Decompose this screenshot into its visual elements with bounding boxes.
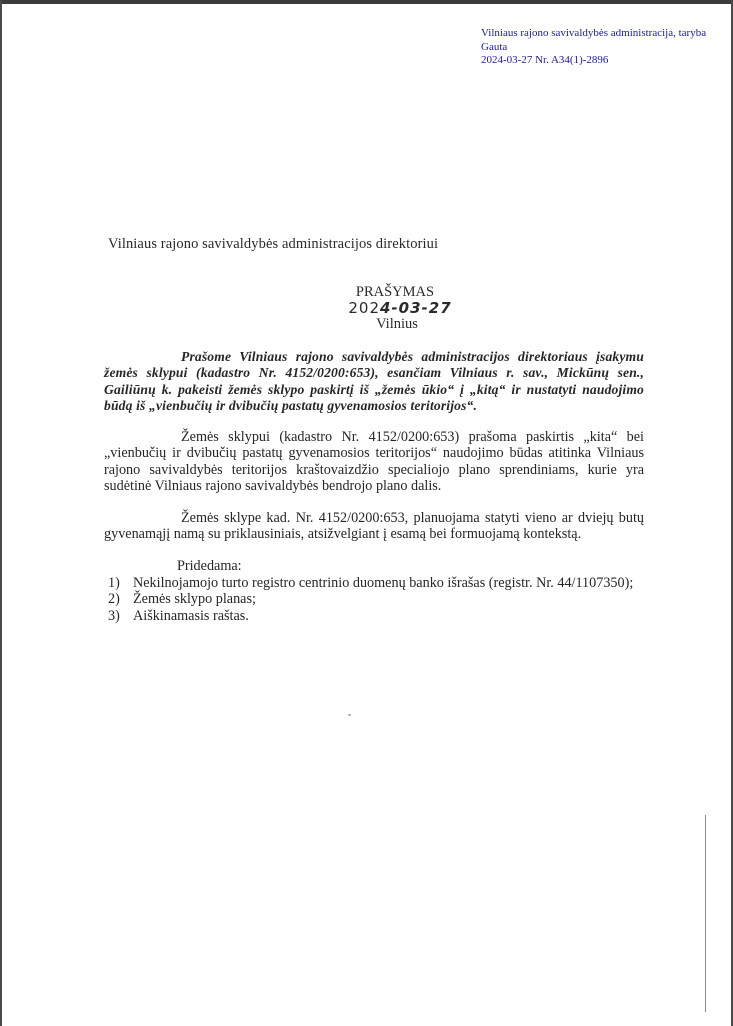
attachments-label: Pridedama: bbox=[104, 558, 633, 575]
stamp-organization: Vilniaus rajono savivaldybės administrac… bbox=[481, 27, 706, 41]
registration-stamp: Vilniaus rajono savivaldybės administrac… bbox=[481, 27, 706, 68]
attachment-text: Aiškinamasis raštas. bbox=[133, 608, 249, 625]
justification-paragraph: Žemės sklypui (kadastro Nr. 4152/0200:65… bbox=[104, 429, 644, 494]
request-paragraph: Prašome Vilniaus rajono savivaldybės adm… bbox=[104, 349, 644, 414]
attachment-number: 1) bbox=[104, 575, 133, 592]
document-title-block: PRAŠYMAS 2024-03-27 Vilnius bbox=[300, 284, 490, 332]
date-printed: 202 bbox=[348, 299, 380, 317]
scan-artifact-speck bbox=[348, 714, 351, 716]
attachments-section: Pridedama: 1) Nekilnojamojo turto regist… bbox=[104, 558, 633, 624]
scan-frame-top-border bbox=[0, 0, 733, 4]
stamp-status: Gauta bbox=[481, 41, 706, 55]
justification-text: Žemės sklypui (kadastro Nr. 4152/0200:65… bbox=[104, 429, 644, 494]
attachments-list: 1) Nekilnojamojo turto registro centrini… bbox=[104, 575, 633, 625]
stamp-registration-number: 2024-03-27 Nr. A34(1)-2896 bbox=[481, 54, 706, 68]
attachment-text: Nekilnojamojo turto registro centrinio d… bbox=[133, 575, 633, 592]
request-text: Prašome Vilniaus rajono savivaldybės adm… bbox=[104, 349, 644, 413]
scan-frame-left-border bbox=[0, 0, 2, 1026]
document-title: PRAŠYMAS bbox=[300, 284, 490, 300]
scan-artifact-line bbox=[705, 815, 706, 1012]
attachment-item: 2) Žemės sklypo planas; bbox=[104, 591, 633, 608]
attachment-item: 1) Nekilnojamojo turto registro centrini… bbox=[104, 575, 633, 592]
attachment-number: 3) bbox=[104, 608, 133, 625]
document-city: Vilnius bbox=[300, 316, 490, 332]
attachment-text: Žemės sklypo planas; bbox=[133, 591, 256, 608]
attachment-number: 2) bbox=[104, 591, 133, 608]
date-handwritten: 4-03-27 bbox=[380, 299, 452, 317]
planned-construction-paragraph: Žemės sklype kad. Nr. 4152/0200:653, pla… bbox=[104, 510, 644, 543]
attachment-item: 3) Aiškinamasis raštas. bbox=[104, 608, 633, 625]
addressee: Vilniaus rajono savivaldybės administrac… bbox=[108, 236, 438, 253]
document-date: 2024-03-27 bbox=[300, 300, 490, 316]
planned-construction-text: Žemės sklype kad. Nr. 4152/0200:653, pla… bbox=[104, 510, 644, 542]
